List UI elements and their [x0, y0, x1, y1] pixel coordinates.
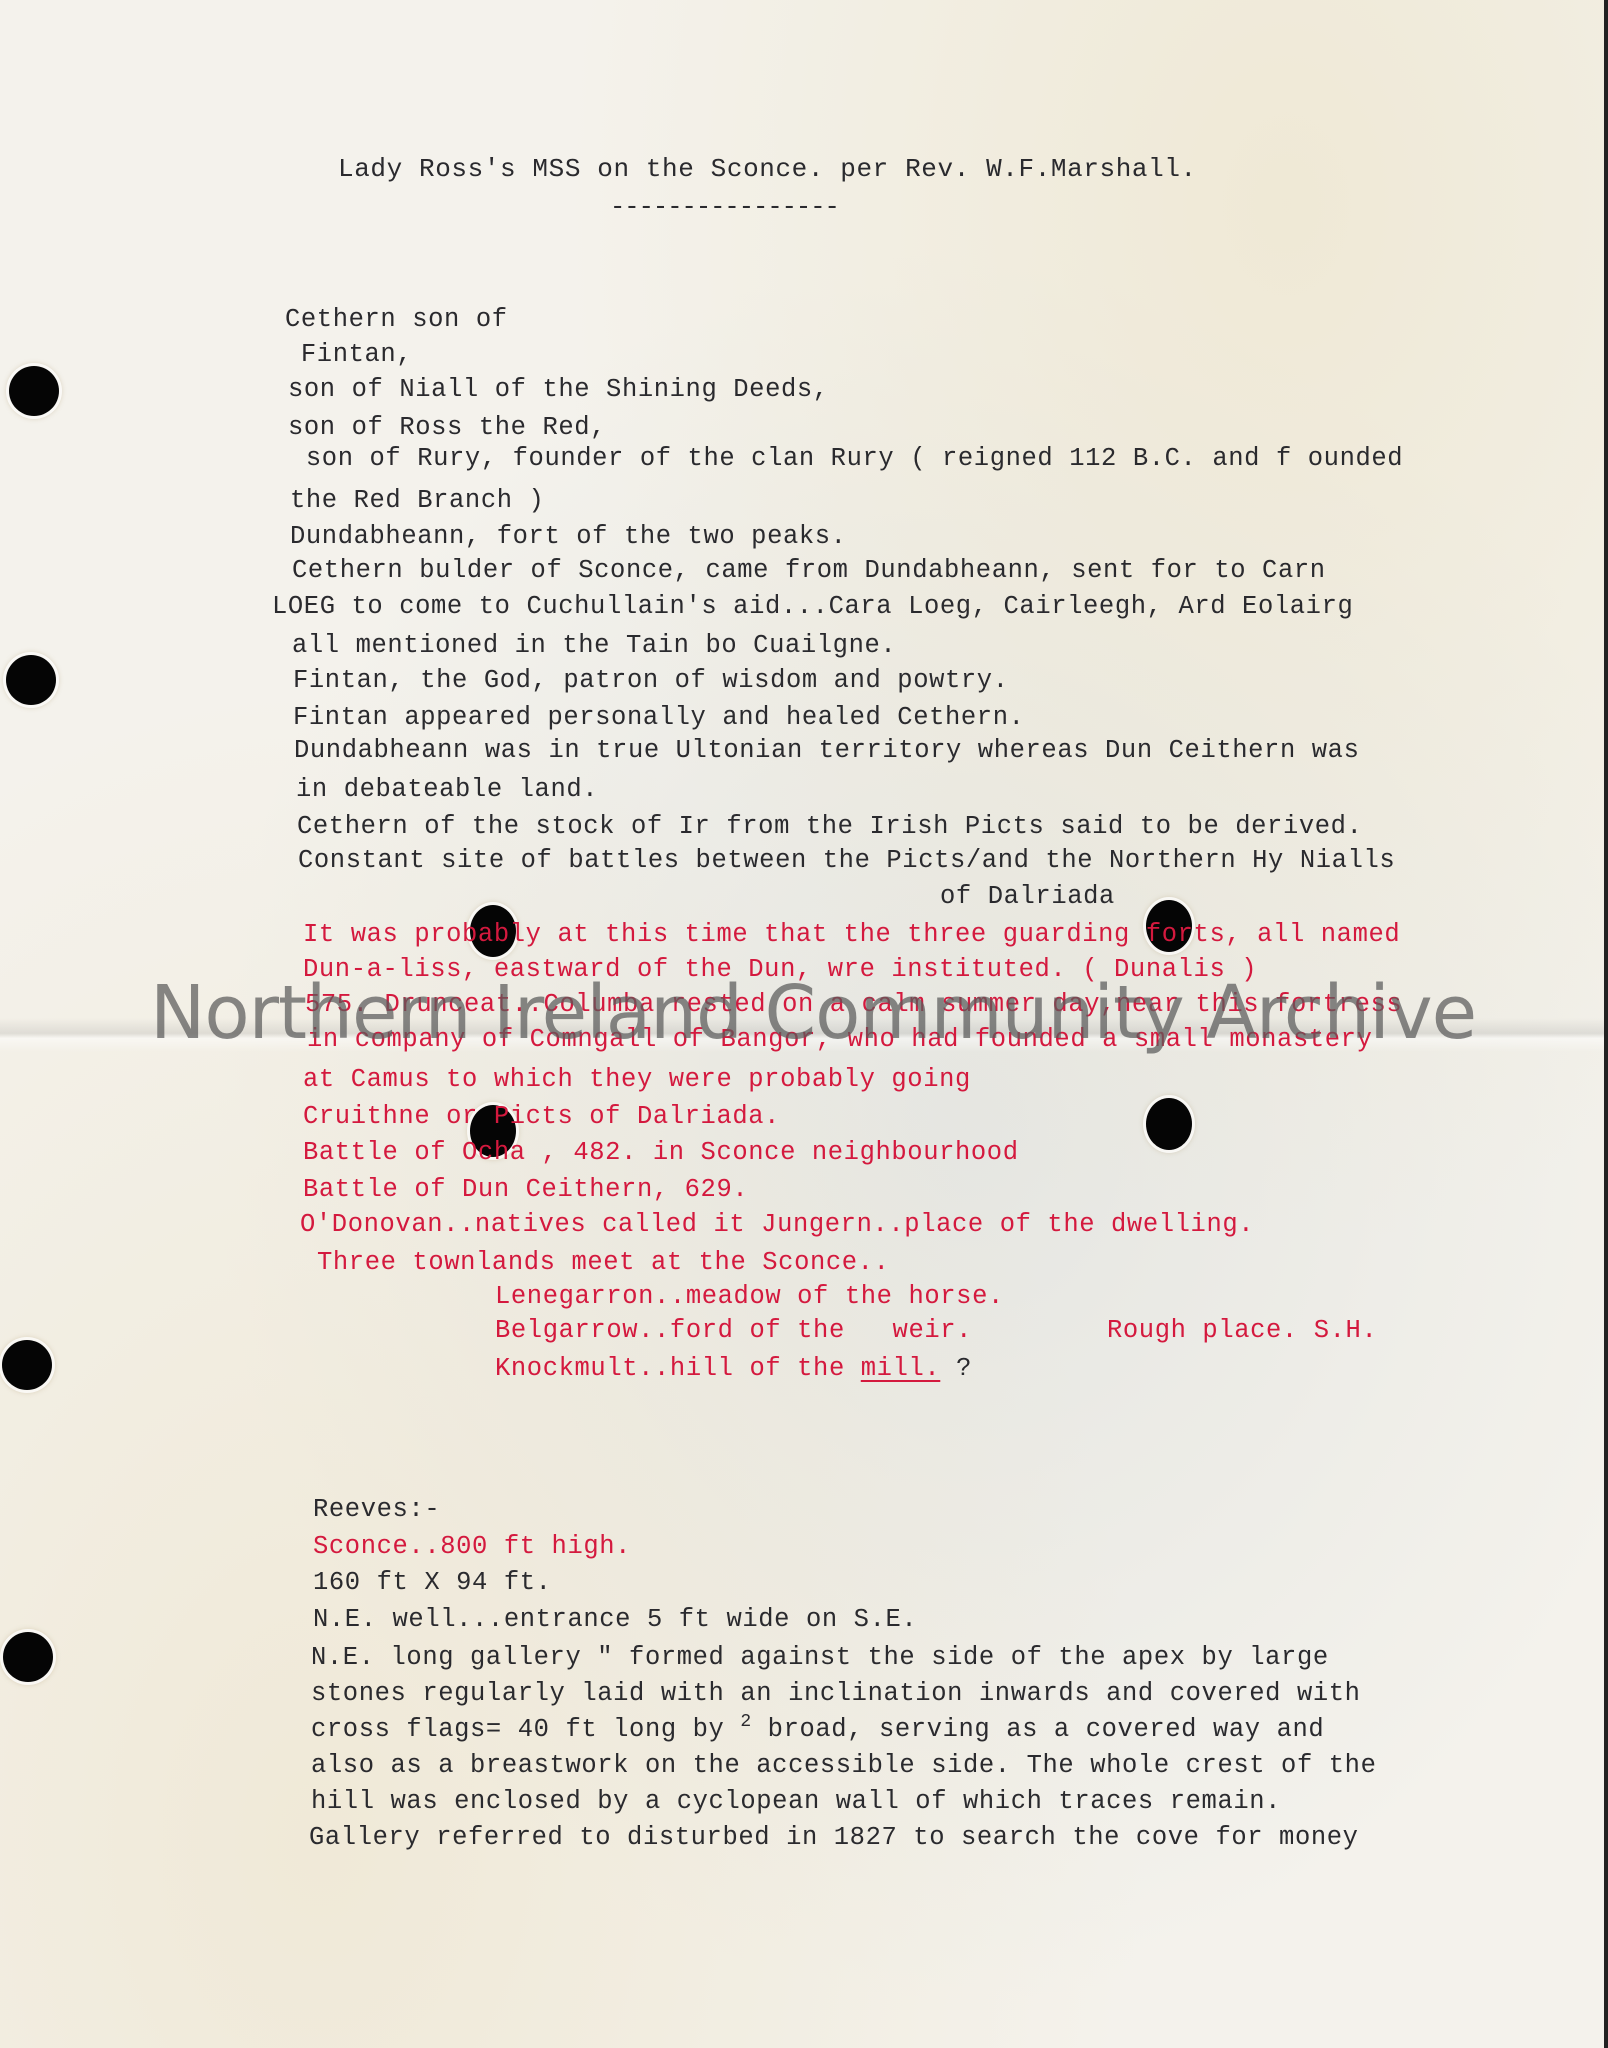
reeves-heading: Reeves:- — [313, 1495, 440, 1525]
reeves-line: hill was enclosed by a cyclopean wall of… — [311, 1787, 1281, 1817]
reeves-text: cross flags= 40 ft long by — [311, 1715, 740, 1744]
reeves-line: cross flags= 40 ft long by 2 broad, serv… — [311, 1715, 1324, 1747]
note-line: Cethern bulder of Sconce, came from Dund… — [292, 556, 1326, 586]
note-line: Cethern of the stock of Ir from the Iris… — [297, 812, 1362, 842]
reeves-line: also as a breastwork on the accessible s… — [311, 1751, 1376, 1781]
lineage-line: son of Ross the Red, — [288, 413, 606, 443]
note-line: Fintan appeared personally and healed Ce… — [293, 703, 1025, 733]
note-line: LOEG to come to Cuchullain's aid...Cara … — [272, 592, 1353, 622]
lineage-line: Cethern son of — [285, 305, 508, 335]
page-title: Lady Ross's MSS on the Sconce. per Rev. … — [338, 154, 1197, 184]
reeves-text: broad, serving as a covered way and — [752, 1715, 1325, 1744]
note-line: Dundabheann, fort of the two peaks. — [290, 522, 847, 552]
townland-line: Belgarrow..ford of the weir. — [495, 1316, 972, 1346]
townland-line: Lenegarron..meadow of the horse. — [495, 1282, 1004, 1312]
punch-hole — [1146, 1098, 1192, 1150]
reeves-line: N.E. long gallery " formed against the s… — [311, 1643, 1329, 1673]
reeves-line: stones regularly laid with an inclinatio… — [311, 1679, 1361, 1709]
red-note-line: Battle of Ocha , 482. in Sconce neighbou… — [303, 1138, 1019, 1168]
punch-hole — [3, 1632, 53, 1682]
lineage-line: the Red Branch ) — [290, 486, 544, 516]
reeves-line: 160 ft X 94 ft. — [313, 1568, 552, 1598]
note-line: Fintan, the God, patron of wisdom and po… — [293, 666, 1009, 696]
note-line: Dundabheann was in true Ultonian territo… — [294, 736, 1359, 766]
punch-hole — [9, 366, 59, 416]
reeves-height: Sconce..800 ft high. — [313, 1532, 631, 1562]
lineage-line: son of Rury, founder of the clan Rury ( … — [290, 444, 1403, 474]
lineage-line: son of Niall of the Shining Deeds, — [288, 375, 829, 405]
red-note-line: Three townlands meet at the Sconce.. — [317, 1248, 890, 1278]
page-edge — [1604, 0, 1608, 2048]
townland-note: Rough place. S.H. — [1107, 1316, 1377, 1346]
red-note-line: It was probably at this time that the th… — [303, 920, 1400, 950]
note-line: Constant site of battles between the Pic… — [298, 846, 1395, 876]
punch-hole — [6, 655, 56, 705]
note-line: in debateable land. — [296, 775, 598, 805]
red-note-line: Cruithne or Picts of Dalriada. — [303, 1102, 780, 1132]
red-note-line: at Camus to which they were probably goi… — [303, 1065, 971, 1095]
red-note-line: O'Donovan..natives called it Jungern..pl… — [300, 1210, 1254, 1240]
reeves-line: N.E. well...entrance 5 ft wide on S.E. — [313, 1605, 917, 1635]
note-line: of Dalriada — [940, 882, 1115, 912]
archive-watermark: Northern Ireland Community Archive — [150, 970, 1476, 1056]
superscript-number: 2 — [740, 1712, 751, 1732]
query-mark: ? — [940, 1354, 972, 1383]
townland-line: Knockmult..hill of the mill. ? — [495, 1354, 972, 1384]
note-line: all mentioned in the Tain bo Cuailgne. — [292, 631, 896, 661]
underlined-word: mill. — [861, 1354, 941, 1383]
townland-text: Knockmult..hill of the — [495, 1354, 861, 1383]
reeves-line: Gallery referred to disturbed in 1827 to… — [309, 1823, 1359, 1853]
punch-hole — [2, 1340, 52, 1390]
lineage-line: Fintan, — [285, 340, 412, 370]
red-note-line: Battle of Dun Ceithern, 629. — [303, 1175, 748, 1205]
title-rule: ---------------- — [610, 193, 839, 223]
